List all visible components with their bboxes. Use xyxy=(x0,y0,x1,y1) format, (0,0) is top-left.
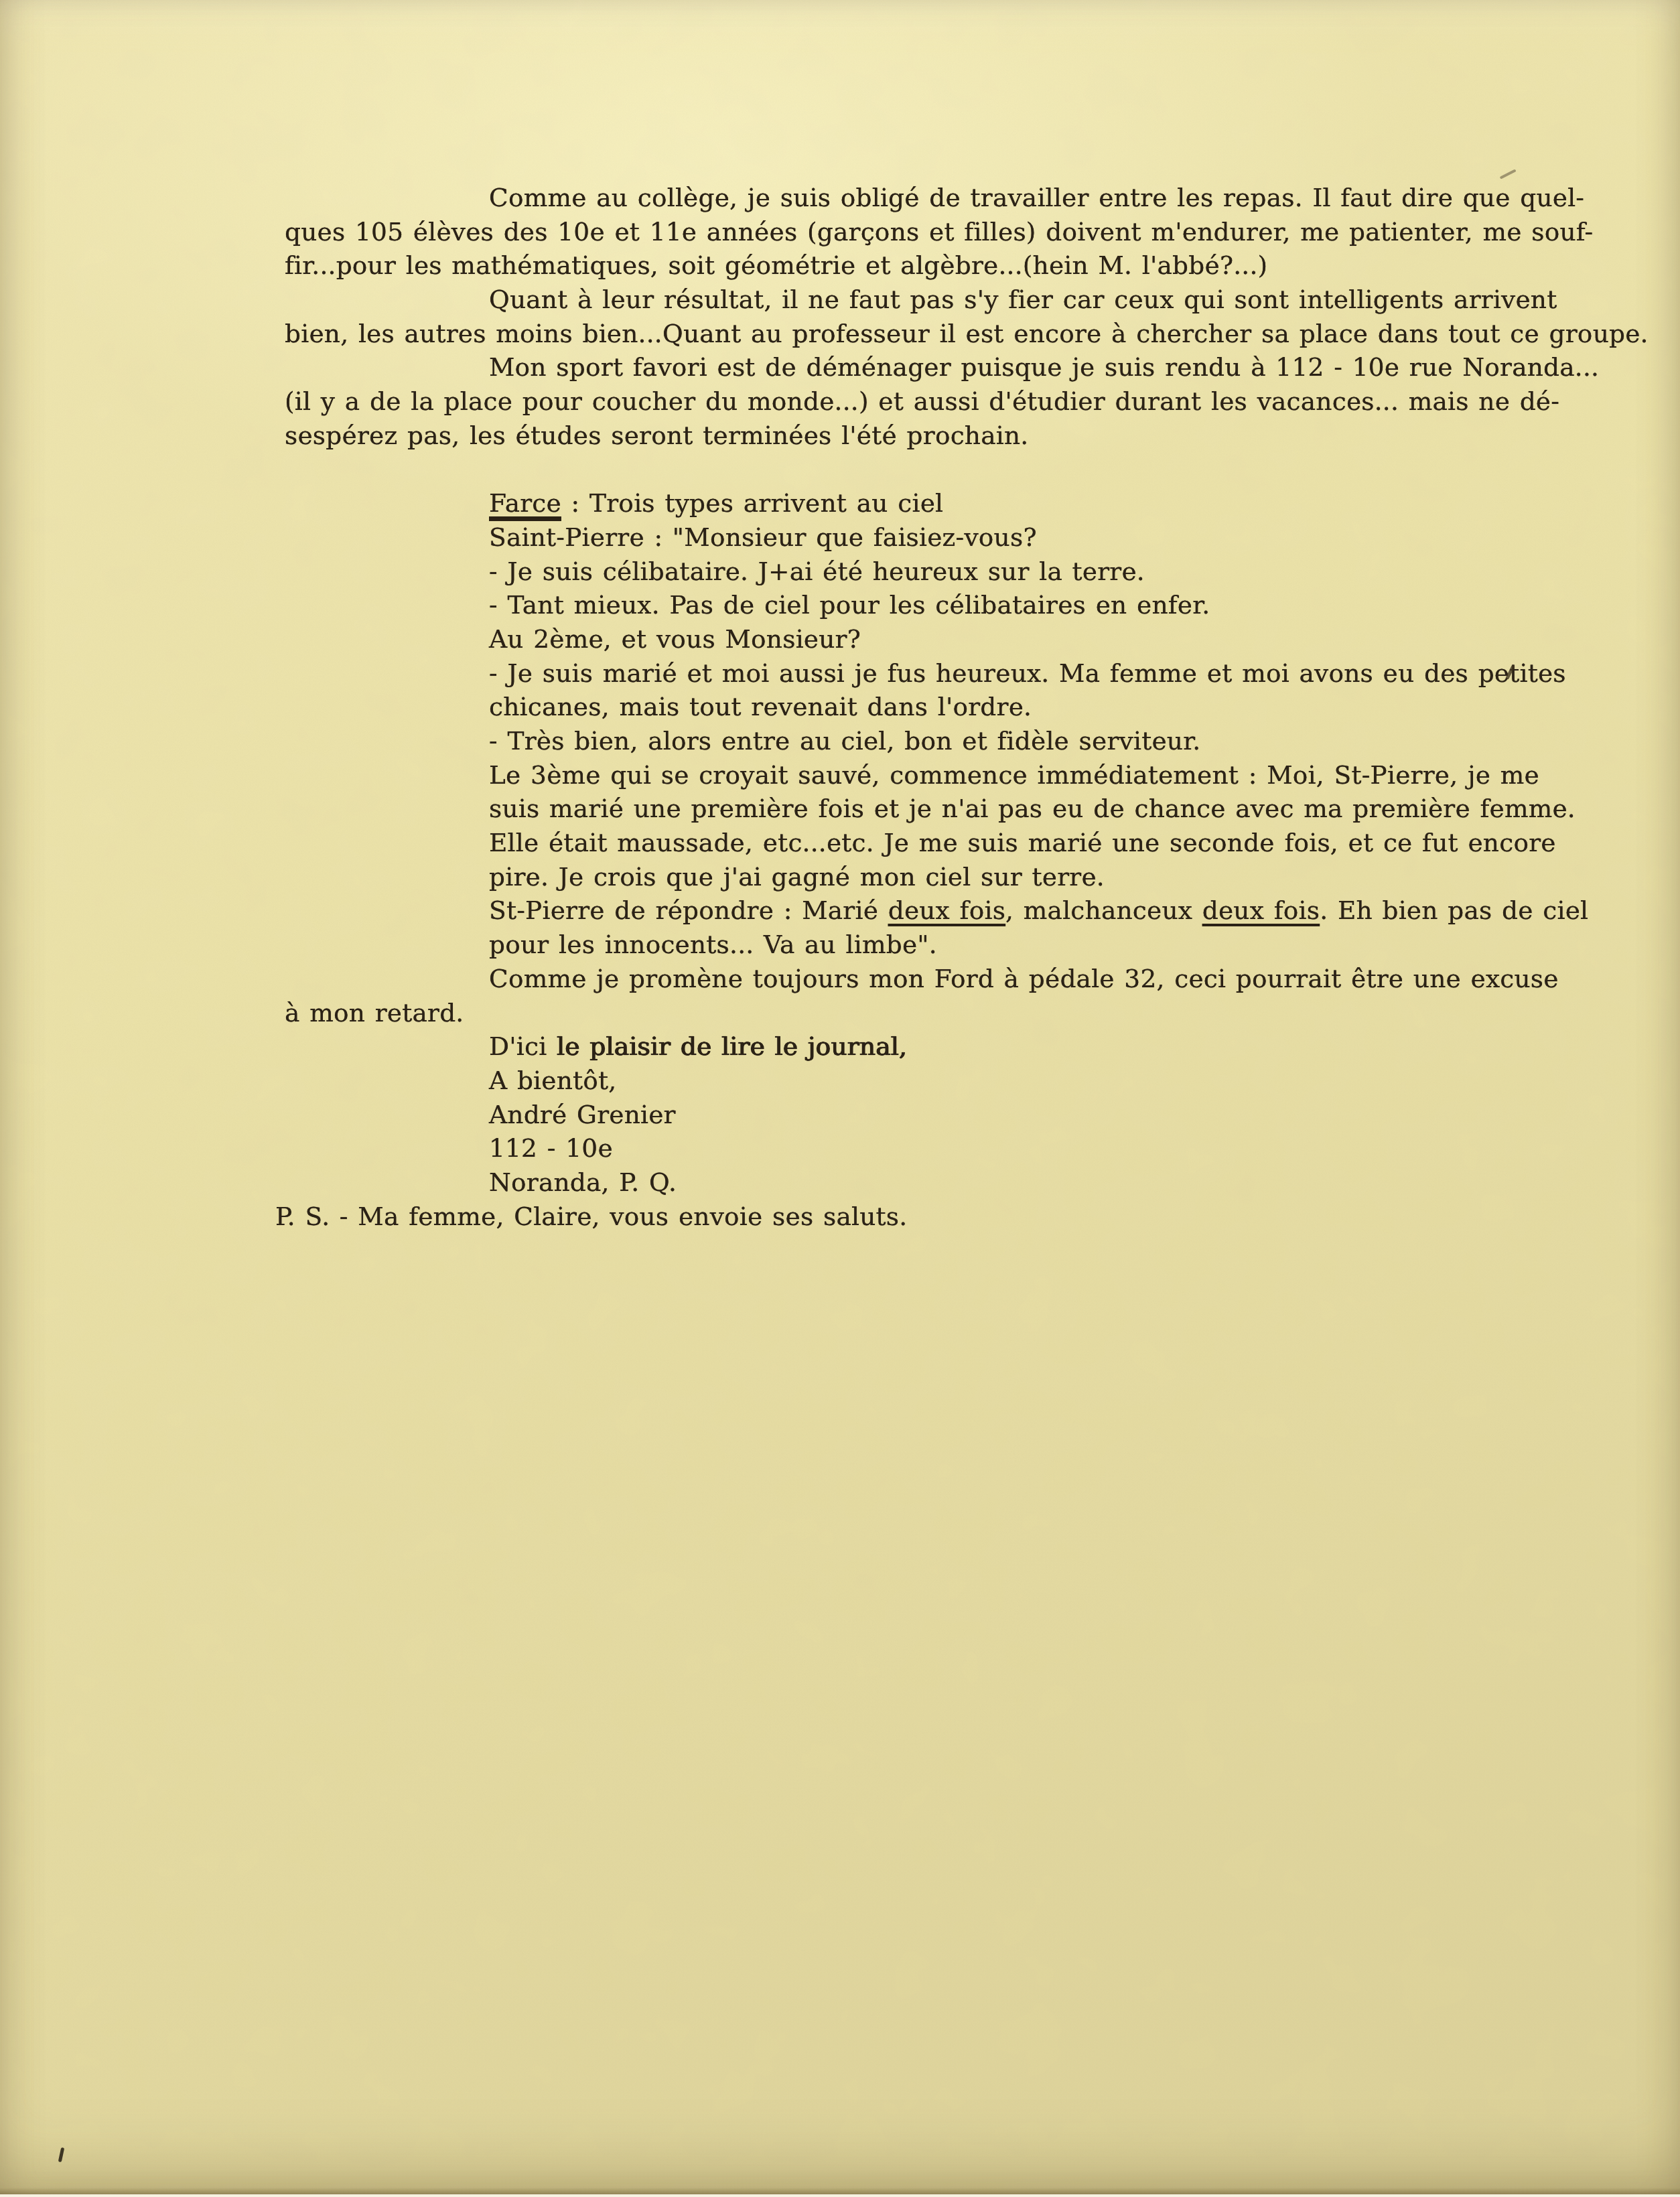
letter-line: Noranda, P. Q. xyxy=(285,1165,1618,1200)
letter-line: Elle était maussade, etc...etc. Je me su… xyxy=(285,826,1618,860)
letter-line: - Je suis célibataire. J+ai été heureux … xyxy=(285,555,1618,589)
letter-line: Au 2ème, et vous Monsieur? xyxy=(285,622,1618,656)
letter-line: suis marié une première fois et je n'ai … xyxy=(285,792,1618,826)
letter-line: bien, les autres moins bien...Quant au p… xyxy=(285,317,1618,351)
letter-line: Quant à leur résultat, il ne faut pas s'… xyxy=(285,283,1618,317)
letter-line: - Très bien, alors entre au ciel, bon et… xyxy=(285,724,1618,758)
letter-line: Comme je promène toujours mon Ford à péd… xyxy=(285,962,1618,996)
letter-line: ques 105 élèves des 10e et 11e années (g… xyxy=(285,215,1618,249)
letter-line: Le 3ème qui se croyait sauvé, commence i… xyxy=(285,758,1618,792)
letter-line: Saint-Pierre : "Monsieur que faisiez-vou… xyxy=(285,520,1618,555)
letter-text: le plaisir de lire le journal, xyxy=(557,1032,907,1061)
letter-line: P. S. - Ma femme, Claire, vous envoie se… xyxy=(275,1200,1618,1234)
letter-line: pire. Je crois que j'ai gagné mon ciel s… xyxy=(285,860,1618,894)
letter-line: Farce : Trois types arrivent au ciel xyxy=(285,486,1618,520)
letter-text: : Trois types arrivent au ciel xyxy=(561,488,943,518)
letter-line: St-Pierre de répondre : Marié deux fois,… xyxy=(285,894,1618,928)
letter-line: sespérez pas, les études seront terminée… xyxy=(285,419,1618,453)
letter-text: , malchanceux xyxy=(1005,896,1202,925)
letter-line: - Je suis marié et moi aussi je fus heur… xyxy=(285,656,1618,691)
letter-line: Mon sport favori est de déménager puisqu… xyxy=(285,350,1618,384)
letter-text: D'ici xyxy=(489,1032,557,1061)
letter-lines: Comme au collège, je suis obligé de trav… xyxy=(285,181,1618,1233)
underlined-text: deux fois xyxy=(1202,896,1320,925)
letter-line: André Grenier xyxy=(285,1098,1618,1132)
letter-line: 112 - 10e xyxy=(285,1131,1618,1165)
letter-text: . Eh bien pas de ciel xyxy=(1320,896,1588,925)
letter-line xyxy=(285,453,1618,487)
letter-line: fir...pour les mathématiques, soit géomé… xyxy=(285,249,1618,283)
scan-bottom-edge xyxy=(0,2194,1680,2197)
letter-page: Comme au collège, je suis obligé de trav… xyxy=(0,0,1680,2197)
letter-line: - Tant mieux. Pas de ciel pour les célib… xyxy=(285,588,1618,622)
letter-line: à mon retard. xyxy=(285,996,1618,1030)
letter-line: A bientôt, xyxy=(285,1064,1618,1098)
letter-line: (il y a de la place pour coucher du mond… xyxy=(285,384,1618,419)
pencil-tick-mark xyxy=(1500,169,1517,179)
ink-tick-mark xyxy=(58,2147,64,2163)
letter-line: D'ici le plaisir de lire le journal, xyxy=(285,1030,1618,1064)
letter-line: pour les innocents... Va au limbe". xyxy=(285,928,1618,962)
letter-line: chicanes, mais tout revenait dans l'ordr… xyxy=(285,690,1618,724)
letter-text: St-Pierre de répondre : Marié xyxy=(489,896,888,925)
letter-line: Comme au collège, je suis obligé de trav… xyxy=(285,181,1618,215)
underlined-text: Farce xyxy=(489,488,561,521)
underlined-text: deux fois xyxy=(888,896,1005,925)
